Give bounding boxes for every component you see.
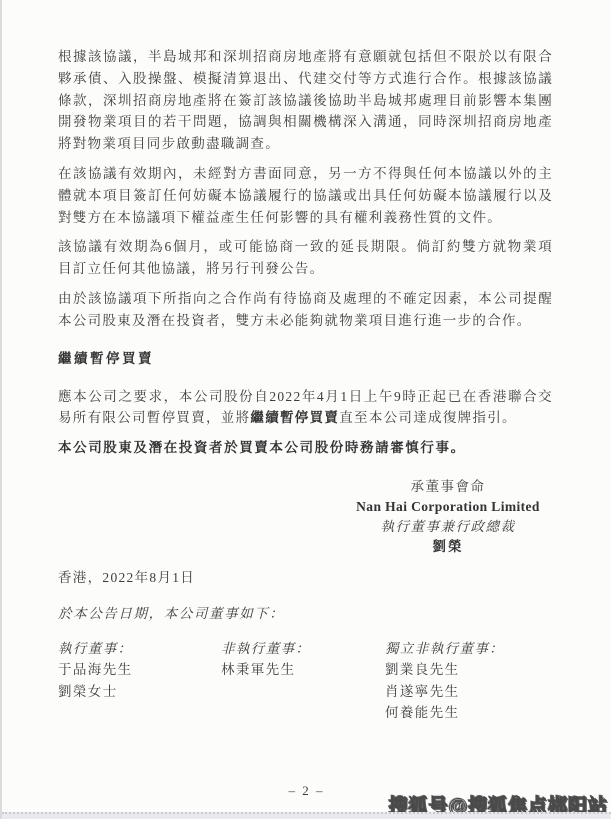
signature-by-order: 承董事會命 [308, 477, 588, 497]
section-heading-continued-suspension: 繼續暫停買賣 [58, 347, 553, 367]
director-name: 于品海先生 [58, 659, 221, 681]
signer-name: 劉榮 [308, 537, 588, 557]
paragraph-exclusivity: 在該協議有效期內，未經對方書面同意，另一方不得與任何本協議以外的主體就本項目簽訂… [58, 163, 553, 228]
document-page: 根據該協議，半島城邦和深圳招商房地產將有意願就包括但不限於以有限合夥承債、入股操… [0, 0, 611, 819]
signature-block: 承董事會命 Nan Hai Corporation Limited 執行董事兼行… [308, 477, 588, 557]
director-name: 劉業良先生 [385, 659, 553, 681]
page-number: – 2 – [289, 783, 325, 798]
suspension-text-after: 直至本公司達成復牌指引。 [339, 410, 517, 425]
paragraph-uncertainty: 由於該協議項下所指向之合作尚有待協商及處理的不確定因素，本公司提醒本公司股東及潛… [58, 288, 553, 332]
page-bottom-edge [2, 812, 611, 819]
paragraph-suspension: 應本公司之要求，本公司股份自2022年4月1日上午9時正起已在香港聯合交易所有限… [58, 386, 553, 430]
paragraph-validity: 該協議有效期為6個月，或可能協商一致的延長期限。倘訂約雙方就物業項目訂立任何其他… [58, 236, 553, 280]
dateline: 香港，2022年8月1日 [58, 567, 553, 589]
suspension-text-bold: 繼續暫停買賣 [250, 410, 339, 425]
directors-column-label: 執行董事： [58, 638, 221, 660]
caution-notice: 本公司股東及潛在投資者於買賣本公司股份時務請審慎行事。 [58, 437, 553, 459]
director-name: 林秉軍先生 [221, 659, 385, 681]
directors-column-executive: 執行董事： 于品海先生 劉榮女士 [58, 638, 221, 724]
directors-column-label: 非執行董事： [221, 638, 385, 660]
signer-title: 執行董事兼行政總裁 [308, 517, 588, 537]
directors-list: 執行董事： 于品海先生 劉榮女士 非執行董事： 林秉軍先生 獨立非執行董事： 劉… [58, 638, 553, 724]
directors-intro: 於本公告日期，本公司董事如下： [58, 603, 553, 625]
paragraph-agreement-scope: 根據該協議，半島城邦和深圳招商房地產將有意願就包括但不限於以有限合夥承債、入股操… [58, 46, 553, 155]
company-name: Nan Hai Corporation Limited [308, 497, 588, 517]
directors-column-non-executive: 非執行董事： 林秉軍先生 [221, 638, 385, 724]
directors-column-label: 獨立非執行董事： [385, 638, 553, 660]
document-content: 根據該協議，半島城邦和深圳招商房地產將有意願就包括但不限於以有限合夥承債、入股操… [2, 0, 611, 724]
director-name: 劉榮女士 [58, 681, 221, 703]
director-name: 肖遂寧先生 [385, 681, 553, 703]
director-name: 何養能先生 [385, 702, 553, 724]
directors-column-independent: 獨立非執行董事： 劉業良先生 肖遂寧先生 何養能先生 [385, 638, 553, 724]
